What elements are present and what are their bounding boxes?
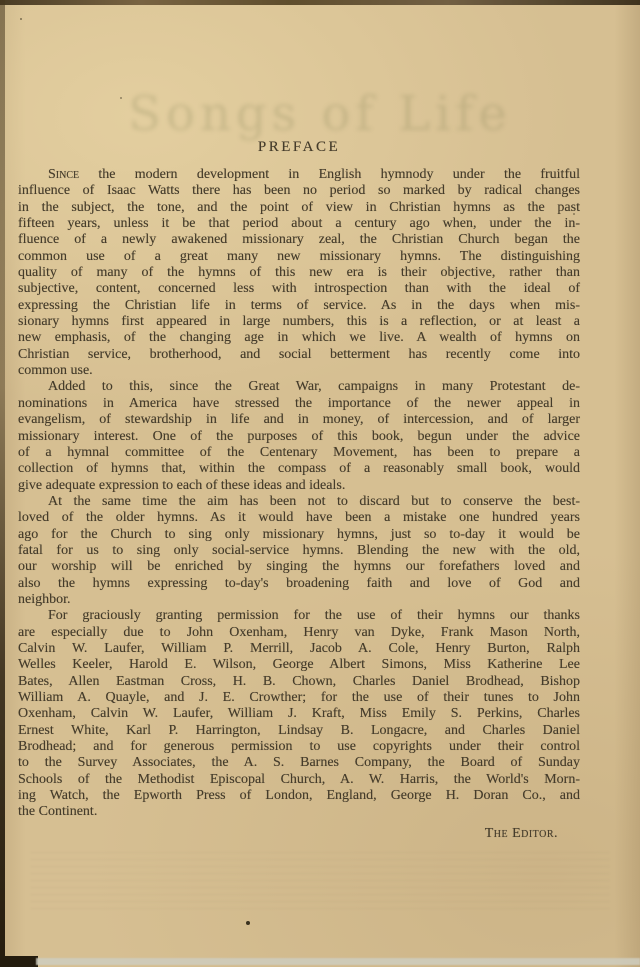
- text-line: Christian service, brotherhood, and soci…: [18, 347, 580, 363]
- text-line: the Continent.: [18, 804, 580, 820]
- text-line: give adequate expression to each of thes…: [18, 478, 580, 494]
- ink-speck: [246, 921, 250, 925]
- text-line: nominations in America have stressed the…: [18, 396, 580, 412]
- text-line: subjective, content, concerned less with…: [18, 281, 580, 297]
- text-line: For graciously granting permission for t…: [18, 608, 580, 624]
- page-title: PREFACE: [18, 138, 580, 156]
- text-line: Since the modern development in English …: [18, 167, 580, 183]
- text-line: At the same time the aim has been not to…: [18, 494, 580, 510]
- text-line: fluence of a newly awakened missionary z…: [18, 232, 580, 248]
- text-line: also the hymns expressing to-day's broad…: [18, 576, 580, 592]
- paragraph: For graciously granting permission for t…: [18, 608, 580, 820]
- ink-speck: [120, 97, 122, 99]
- music-staves-bleed-through: [30, 852, 610, 914]
- text-line: Brodhead; and for generous permission to…: [18, 739, 580, 755]
- paragraph: Added to this, since the Great War, camp…: [18, 379, 580, 493]
- scan-edge-bottom-strip: [36, 958, 640, 965]
- text-line: Ernest White, Karl P. Harrington, Lindsa…: [18, 723, 580, 739]
- text-line: Welles Keeler, Harold E. Wilson, George …: [18, 657, 580, 673]
- show-through-watermark: Songs of Life: [0, 86, 640, 142]
- paragraph: Since the modern development in English …: [18, 167, 580, 379]
- text-line: loved of the older hymns. As it would ha…: [18, 510, 580, 526]
- text-line: of a hymnal committee of the Centenary M…: [18, 445, 580, 461]
- page-content: PREFACE Since the modern development in …: [18, 138, 580, 842]
- text-line: Oxenham, Calvin W. Laufer, William J. Kr…: [18, 706, 580, 722]
- text-line: in the subject, the tone, and the point …: [18, 200, 580, 216]
- text-line: Calvin W. Laufer, William P. Merrill, Ja…: [18, 641, 580, 657]
- text-line: Schools of the Methodist Episcopal Churc…: [18, 772, 580, 788]
- scan-edge-bottom-corner: [0, 956, 38, 967]
- scan-edge-top: [0, 0, 640, 5]
- ink-speck: [20, 18, 22, 20]
- text-line: neighbor.: [18, 592, 580, 608]
- ink-speck: [573, 213, 575, 215]
- paragraph: At the same time the aim has been not to…: [18, 494, 580, 608]
- text-line: expressing the Christian life in terms o…: [18, 298, 580, 314]
- scanned-page: Songs of Life PREFACE Since the modern d…: [0, 0, 640, 967]
- text-line: sionary hymns first appeared in large nu…: [18, 314, 580, 330]
- scan-edge-left: [0, 0, 5, 967]
- smallcaps-lead-word: Since: [48, 167, 79, 182]
- text-line: collection of hymns that, within the com…: [18, 461, 580, 477]
- text-line: ago for the Church to sing only missiona…: [18, 527, 580, 543]
- signature: The Editor.: [18, 826, 580, 842]
- text-line: Bates, Allen Eastman Cross, H. B. Chown,…: [18, 674, 580, 690]
- text-line: our worship will be enriched by singing …: [18, 559, 580, 575]
- text-line: are especially due to John Oxenham, Henr…: [18, 625, 580, 641]
- text-line: common use.: [18, 363, 580, 379]
- paragraphs: Since the modern development in English …: [18, 167, 580, 821]
- text-line: missionary interest. One of the purposes…: [18, 429, 580, 445]
- text-line: ing Watch, the Epworth Press of London, …: [18, 788, 580, 804]
- text-line: William A. Quayle, and J. E. Crowther; f…: [18, 690, 580, 706]
- text-line: common use of a great many new missionar…: [18, 249, 580, 265]
- text-line: evangelism, of stewardship in life and i…: [18, 412, 580, 428]
- text-line: new emphasis, of the changing age in whi…: [18, 330, 580, 346]
- text-line: fatal for us to sing only social-service…: [18, 543, 580, 559]
- text-line: quality of many of the hymns of this new…: [18, 265, 580, 281]
- text-line: fifteen years, unless it be that period …: [18, 216, 580, 232]
- text-line: Added to this, since the Great War, camp…: [18, 379, 580, 395]
- text-line: to the Survey Associates, the A. S. Barn…: [18, 755, 580, 771]
- text-line: influence of Isaac Watts there has been …: [18, 183, 580, 199]
